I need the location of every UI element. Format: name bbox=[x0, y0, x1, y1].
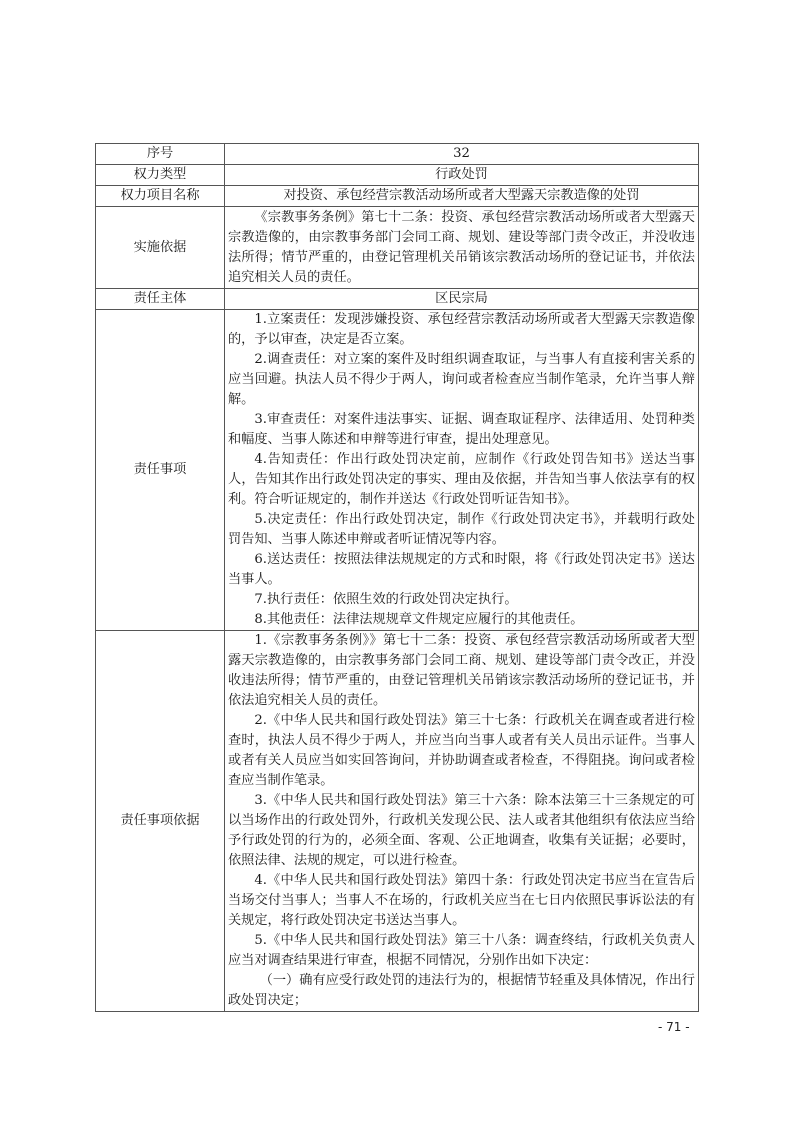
row-responsibilities: 责任事项 1.立案责任：发现涉嫌投资、承包经营宗教活动场所或者大型露天宗教造像的… bbox=[96, 310, 699, 631]
responsibility-item: 3.审查责任：对案件违法事实、证据、调查取证程序、法律适用、处罚种类和幅度、当事… bbox=[228, 410, 695, 450]
row-responsibility-basis: 责任事项依据 1.《宗教事务条例》》第七十二条：投资、承包经营宗教活动场所或者大… bbox=[96, 631, 699, 1012]
legal-basis-paragraph: 《宗教事务条例》第七十二条：投资、承包经营宗教活动场所或者大型露天宗教造像的，由… bbox=[228, 208, 695, 288]
label-item-name: 权力项目名称 bbox=[96, 186, 225, 207]
responsibility-item: 1.立案责任：发现涉嫌投资、承包经营宗教活动场所或者大型露天宗教造像的，予以审查… bbox=[228, 310, 695, 350]
label-legal-basis: 实施依据 bbox=[96, 207, 225, 289]
document-page: 序号 32 权力类型 行政处罚 权力项目名称 对投资、承包经营宗教活动场所或者大… bbox=[0, 0, 793, 1122]
basis-item: 1.《宗教事务条例》》第七十二条：投资、承包经营宗教活动场所或者大型露天宗教造像… bbox=[228, 631, 695, 711]
responsibility-item: 2.调查责任：对立案的案件及时组织调查取证，与当事人有直接利害关系的应当回避。执… bbox=[228, 350, 695, 410]
power-item-table: 序号 32 权力类型 行政处罚 权力项目名称 对投资、承包经营宗教活动场所或者大… bbox=[95, 143, 699, 1012]
basis-item: 4.《中华人民共和国行政处罚法》第四十条：行政处罚决定书应当在宣告后当场交付当事… bbox=[228, 871, 695, 931]
row-power-type: 权力类型 行政处罚 bbox=[96, 165, 699, 186]
row-responsible-body: 责任主体 区民宗局 bbox=[96, 289, 699, 310]
value-responsibility-basis: 1.《宗教事务条例》》第七十二条：投资、承包经营宗教活动场所或者大型露天宗教造像… bbox=[225, 631, 699, 1012]
basis-sub-item: （一）确有应受行政处罚的违法行为的，根据情节轻重及具体情况，作出行政处罚决定； bbox=[228, 971, 695, 1011]
row-serial-number: 序号 32 bbox=[96, 144, 699, 165]
basis-item: 2.《中华人民共和国行政处罚法》第三十七条：行政机关在调查或者进行检查时，执法人… bbox=[228, 711, 695, 791]
value-power-type: 行政处罚 bbox=[225, 165, 699, 186]
value-responsibilities: 1.立案责任：发现涉嫌投资、承包经营宗教活动场所或者大型露天宗教造像的，予以审查… bbox=[225, 310, 699, 631]
value-serial-number: 32 bbox=[225, 144, 699, 165]
label-serial-number: 序号 bbox=[96, 144, 225, 165]
responsibility-item: 5.决定责任：作出行政处罚决定，制作《行政处罚决定书》，并载明行政处罚告知、当事… bbox=[228, 510, 695, 550]
value-legal-basis: 《宗教事务条例》第七十二条：投资、承包经营宗教活动场所或者大型露天宗教造像的，由… bbox=[225, 207, 699, 289]
responsibility-item: 6.送达责任：按照法律法规规定的方式和时限，将《行政处罚决定书》送达当事人。 bbox=[228, 550, 695, 590]
label-responsibilities: 责任事项 bbox=[96, 310, 225, 631]
basis-item: 3.《中华人民共和国行政处罚法》第三十六条：除本法第三十三条规定的可以当场作出的… bbox=[228, 791, 695, 871]
responsibility-item: 4.告知责任：作出行政处罚决定前，应制作《行政处罚告知书》送达当事人，告知其作出… bbox=[228, 450, 695, 510]
row-legal-basis: 实施依据 《宗教事务条例》第七十二条：投资、承包经营宗教活动场所或者大型露天宗教… bbox=[96, 207, 699, 289]
responsibility-item: 8.其他责任：法律法规规章文件规定应履行的其他责任。 bbox=[228, 610, 695, 630]
label-power-type: 权力类型 bbox=[96, 165, 225, 186]
row-item-name: 权力项目名称 对投资、承包经营宗教活动场所或者大型露天宗教造像的处罚 bbox=[96, 186, 699, 207]
label-responsible-body: 责任主体 bbox=[96, 289, 225, 310]
responsibility-item: 7.执行责任：依照生效的行政处罚决定执行。 bbox=[228, 590, 695, 610]
value-responsible-body: 区民宗局 bbox=[225, 289, 699, 310]
page-number: - 71 - bbox=[658, 1020, 690, 1034]
basis-item: 5.《中华人民共和国行政处罚法》第三十八条：调查终结，行政机关负责人应当对调查结… bbox=[228, 931, 695, 971]
value-item-name: 对投资、承包经营宗教活动场所或者大型露天宗教造像的处罚 bbox=[225, 186, 699, 207]
label-responsibility-basis: 责任事项依据 bbox=[96, 631, 225, 1012]
